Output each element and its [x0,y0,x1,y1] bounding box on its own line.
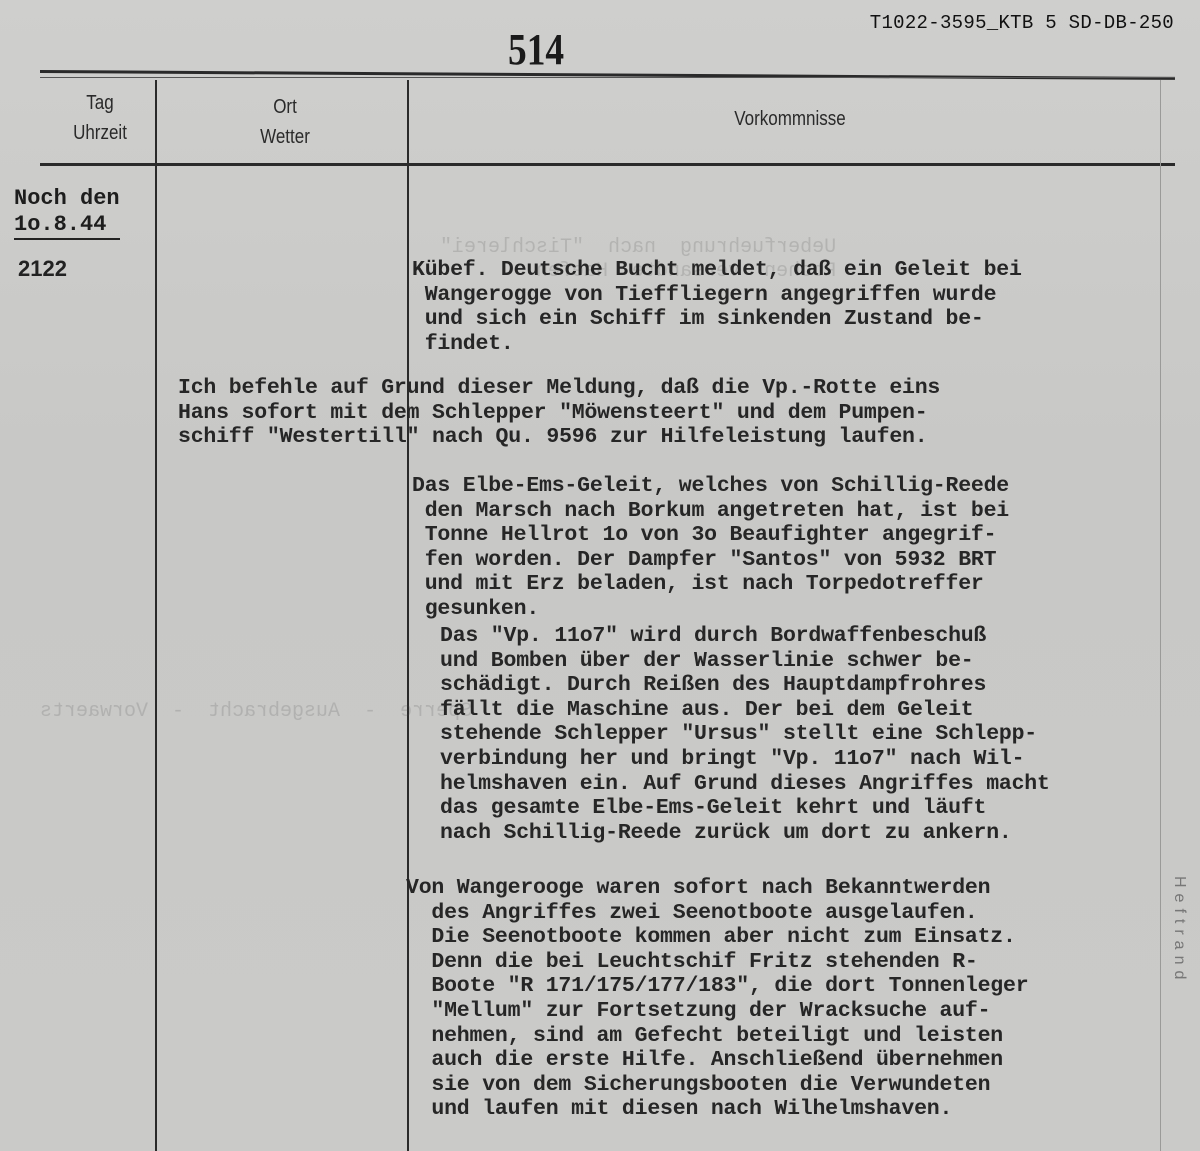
column-divider-1 [155,80,157,1151]
header-wetter: Wetter [213,122,358,152]
header-tag: Tag [49,88,151,118]
table-top-rule [40,70,1175,80]
table-top-rule-thin [40,77,1175,78]
header-vorkommnisse: Vorkommnisse [663,104,918,134]
page-number: 514 [508,24,564,75]
margin-label: Heftrand [1168,876,1188,985]
report-paragraph: Von Wangerooge waren sofort nach Bekannt… [406,876,1028,1122]
document-page: T1022-3595_KTB 5 SD-DB-250 514 Tag Uhrze… [0,0,1200,1151]
header-tag-uhrzeit: Tag Uhrzeit [49,88,151,148]
entry-date: Noch den 1o.8.44 [14,186,120,240]
archive-id: T1022-3595_KTB 5 SD-DB-250 [870,12,1174,34]
bleed-through-text: Sperre - Ausgebracht - Vorwaerts [40,700,472,724]
report-paragraph: Das "Vp. 11o7" wird durch Bordwaffenbesc… [440,624,1050,845]
entry-time: 2122 [18,256,67,282]
header-ort-wetter: Ort Wetter [213,92,358,152]
table-header-rule [40,163,1175,166]
order-paragraph: Ich befehle auf Grund dieser Meldung, da… [178,376,940,450]
margin-line [1160,80,1161,1151]
entry-date-prefix: Noch den [14,186,120,212]
entry-date-value: 1o.8.44 [14,212,120,240]
report-paragraph: Das Elbe-Ems-Geleit, welches von Schilli… [412,474,1009,622]
header-ort: Ort [213,92,358,122]
report-paragraph: Kübef. Deutsche Bucht meldet, daß ein Ge… [412,258,1022,356]
header-uhrzeit: Uhrzeit [49,118,151,148]
